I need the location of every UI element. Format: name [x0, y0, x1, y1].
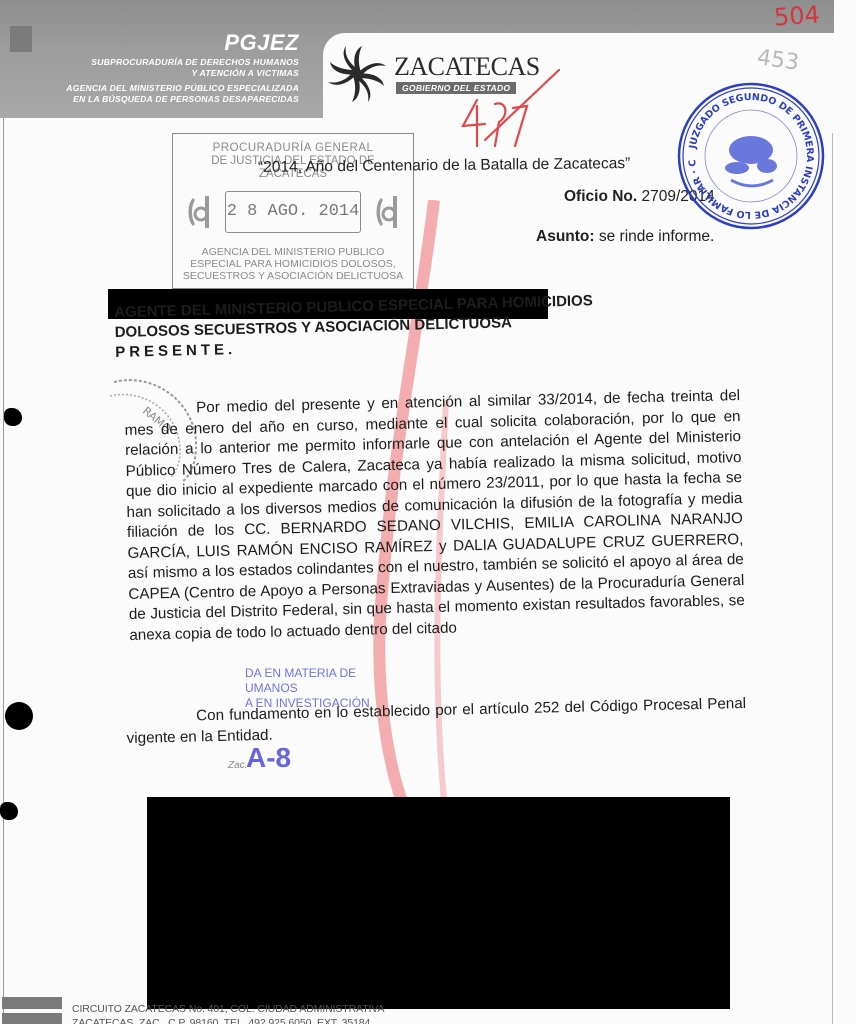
recipient-block: AGENTE DEL MINISTERIO PUBLICO ESPECIAL P…: [114, 291, 594, 363]
year-motto: “2014, Año del Centenario de la Batalla …: [258, 155, 630, 177]
pgjez-logo: PGJEZ: [224, 30, 299, 56]
subprocuraduria-line-2: Y ATENCIÓN A VICTIMAS: [192, 68, 300, 78]
binder-hole-3: [0, 802, 18, 820]
blue-stamp-line-1: DA EN MATERIA DE: [245, 666, 370, 681]
footer-address-line-2: ZACATECAS, ZAC., C.P. 98160, TEL. 492 92…: [72, 1017, 370, 1024]
page-edge-right: [832, 30, 833, 1024]
oficio-label: Oficio No.: [564, 188, 637, 205]
zacatecas-swirl-icon: [326, 44, 388, 104]
footer-swatch-1: [2, 997, 62, 1009]
agency-line-1: AGENCIA DEL MINISTERIO PÚBLICO ESPECIALI…: [66, 83, 299, 93]
redacted-signature-block: [147, 797, 730, 1009]
blue-stamp-code: A-8: [246, 742, 291, 774]
corner-swatch: [10, 26, 32, 52]
subprocuraduria-line-1: SUBPROCURADURÍA DE DERECHOS HUMANOS: [91, 57, 299, 67]
pgj-emblem-icon: [185, 194, 213, 230]
handwritten-red-number-icon: [455, 60, 565, 150]
received-date: 2 8 AGO. 2014: [225, 191, 361, 233]
binder-hole-2: [5, 702, 33, 730]
stamp-bottom-line-3: SECUESTROS Y ASOCIACIÓN DELICTUOSA: [173, 270, 413, 282]
asunto-label: Asunto:: [536, 228, 595, 245]
footer-address-line-1: CIRCUITO ZACATECAS No. 401, COL. CIUDAD …: [72, 1003, 384, 1015]
stamp-bottom-line-1: AGENCIA DEL MINISTERIO PUBLICO: [173, 246, 413, 258]
court-seal-icon: JUZGADO SEGUNDO DE PRIMERA INSTANCIA DE …: [675, 80, 827, 232]
body-paragraph-2: Con fundamento en lo establecido por el …: [126, 694, 747, 749]
stamp-bottom-line-2: ESPECIAL PARA HOMICIDIOS DOLOSOS,: [173, 258, 413, 270]
stamp-line-1: PROCURADURÍA GENERAL: [173, 142, 413, 155]
page-edge-left: [3, 0, 4, 1024]
agency-letterhead: PGJEZ SUBPROCURADURÍA DE DERECHOS HUMANO…: [0, 0, 323, 118]
handwritten-page-number-red: 504: [773, 0, 821, 31]
agency-line-2: EN LA BÚSQUEDA DE PERSONAS DESAPARECIDAS: [73, 94, 299, 104]
pgj-emblem-icon: [373, 194, 401, 230]
stamp-agency-text: AGENCIA DEL MINISTERIO PUBLICO ESPECIAL …: [173, 246, 413, 282]
received-stamp: PROCURADURÍA GENERAL DE JUSTICIA DEL EST…: [172, 133, 414, 289]
binder-hole-1: [4, 408, 22, 426]
grey-scribble: Zac.: [228, 760, 247, 771]
footer-swatch-2: [2, 1013, 62, 1024]
blue-stamp-line-2: UMANOS: [245, 681, 370, 696]
body-paragraph-1: Por medio del presente y en atención al …: [124, 386, 745, 646]
